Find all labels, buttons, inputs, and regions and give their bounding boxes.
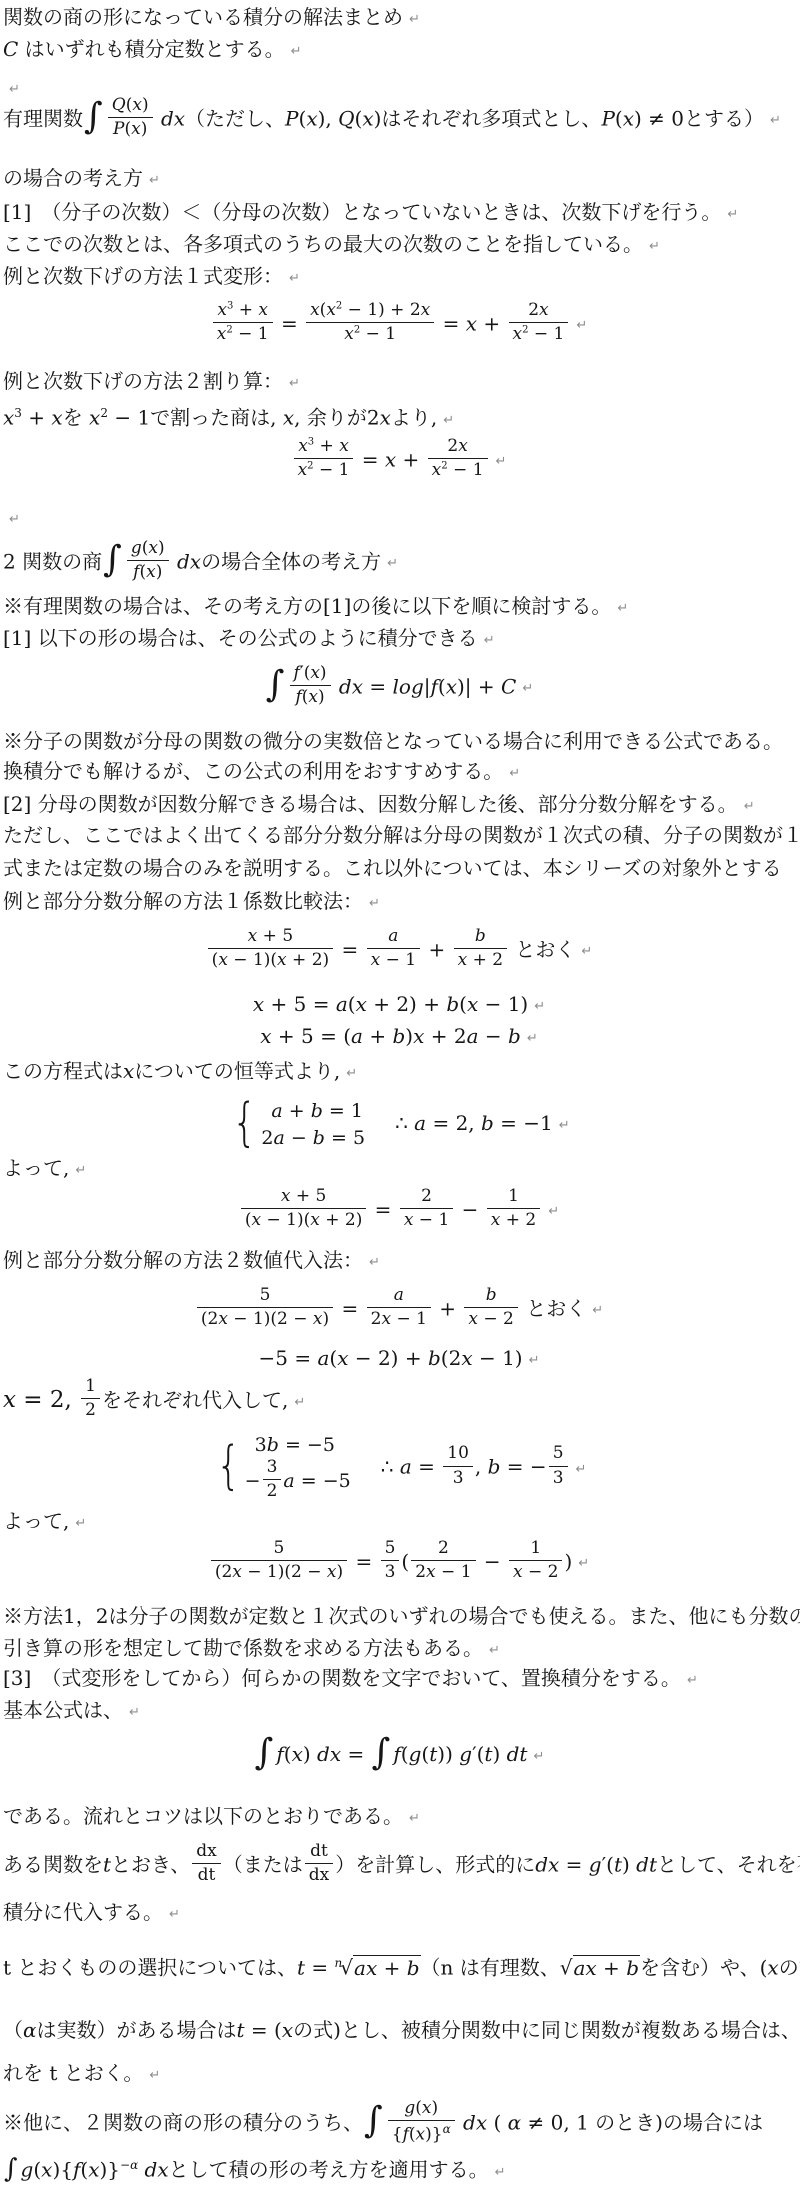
note-alpha-case-1: ※他に、２関数の商の形の積分のうち、∫g(x){f(x)}α dx ( α ≠ …: [0, 2100, 800, 2148]
para-division-explanation: x3 + xを x2 − 1で割った商は, x, 余りが2xより,↵: [0, 398, 800, 436]
para-partial-fractions-scope-2: 式または定数の場合のみを説明する。これ以外については、本シリーズの対象外とする: [0, 853, 800, 883]
eq-pf1-collect: x + 5 = (a + b)x + 2a − b↵: [0, 1024, 798, 1049]
eq-pf2-setup: 5(2x − 1)(2 − x) = a2x − 1 + bx − 2 とおく↵: [0, 1287, 798, 1333]
label-partial-fraction-method2: 例と部分分数分解の方法２数値代入法：↵: [0, 1245, 800, 1278]
eq-pf2-system: {3b = −5−32a = −5∴ a = 103, b = −53↵: [0, 1432, 798, 1504]
item-3-substitution: [3] （式変形をしてから）何らかの関数を文字でおいて、置換積分をする。↵: [0, 1663, 800, 1696]
eq-pf1-setup: x + 5(x − 1)(x + 2) = ax − 1 + bx + 2 とお…: [0, 928, 798, 974]
para-identity-note: この方程式はxについての恒等式より,↵: [0, 1056, 800, 1089]
eq-pf1-expand: x + 5 = a(x + 2) + b(x − 1)↵: [0, 992, 798, 1017]
eq-degree-reduction-method2: x3 + xx2 − 1 = x + 2xx2 − 1↵: [0, 438, 798, 484]
doc-title-line: 関数の商の形になっている積分の解法まとめ↵: [0, 2, 800, 35]
para-partial-fractions-scope-1: ただし、ここではよく出てくる部分分数分解は分母の関数が１次式の積、分子の関数が１: [0, 820, 800, 850]
item-1-degree-reduction: [1] （分子の次数）＜（分母の次数）となっていないときは、次数下げを行う。↵: [0, 197, 800, 230]
para-t-selection-3: れを t とおく。↵: [0, 2058, 800, 2091]
note-integration-constant: C はいずれも積分定数とする。↵: [0, 34, 800, 67]
note-log-formula-usage-2: 換積分でも解けるが、この公式の利用をおすすめする。↵: [0, 756, 800, 789]
para-substitute-values: x = 2, 12をそれぞれ代入して,↵: [0, 1378, 800, 1424]
eq-degree-reduction-method1: x3 + xx2 − 1 = x(x2 − 1) + 2xx2 − 1 = x …: [0, 302, 798, 348]
eq-log-formula: ∫f′(x)f(x) dx = log|f(x)| + C↵: [0, 665, 798, 711]
label-method2-division: 例と次数下げの方法２割り算：↵: [0, 366, 800, 399]
note-alpha-case-2: ∫g(x){f(x)}−α dxとして積の形の考え方を適用する。↵: [0, 2150, 800, 2188]
eq-substitution-formula: ∫f(x) dx = ∫f(g(t)) g′(t) dt↵: [0, 1742, 798, 1767]
para-substitution-steps-1: ある関数をtとおき、dxdt（またはdtdx）を計算し、形式的にdx = g′(…: [0, 1843, 800, 1889]
eq-pf2-expand: −5 = a(x − 2) + b(2x − 1)↵: [0, 1346, 798, 1371]
note-methods-2: 引き算の形を想定して勘で係数を求める方法もある。↵: [0, 1633, 800, 1666]
note-log-formula-usage-1: ※分子の関数が分母の関数の微分の実数倍となっている場合に利用できる公式である。: [0, 726, 800, 756]
eq-pf1-system: {a + b = 12a − b = 5∴ a = 2, b = −1↵: [0, 1098, 798, 1151]
label-method1-transform: 例と次数下げの方法１式変形：↵: [0, 261, 800, 294]
para-degree-definition: ここでの次数とは、各多項式のうちの最大の次数のことを指している。↵: [0, 229, 800, 262]
blank-paragraph-2: ↵: [0, 502, 800, 535]
item-1-log-formula-intro: [1] 以下の形の場合は、その公式のように積分できる↵: [0, 623, 800, 656]
para-yotte-2: よって,↵: [0, 1506, 800, 1539]
para-case-approach: の場合の考え方↵: [0, 163, 800, 196]
note-methods-1: ※方法1，2は分子の関数が定数と１次式のいずれの場合でも使える。また、他にも分数…: [0, 1601, 800, 1631]
para-yotte-1: よって,↵: [0, 1153, 800, 1186]
para-substitution-steps-2: 積分に代入する。↵: [0, 1897, 800, 1930]
para-rational-function-intro: 有理関数∫Q(x)P(x) dx（ただし、P(x), Q(x)はそれぞれ多項式と…: [0, 97, 800, 143]
para-basic-formula-label: 基本公式は、↵: [0, 1695, 800, 1728]
para-t-selection-2: （αは実数）がある場合はt = (xの式)とし、被積分関数中に同じ関数が複数ある…: [0, 2015, 800, 2045]
eq-pf2-result: 5(2x − 1)(2 − x) = 53(22x − 1 − 1x − 2)↵: [0, 1540, 798, 1586]
para-t-selection-1: t とおくものの選択については、t = n√ax + b（n は有理数、√ax …: [0, 1948, 800, 1983]
eq-pf1-result: x + 5(x − 1)(x + 2) = 2x − 1 − 1x + 2↵: [0, 1188, 798, 1234]
label-partial-fraction-method1: 例と部分分数分解の方法１係数比較法：↵: [0, 886, 800, 919]
document-page: { "page": { "background": "#ffffff", "te…: [0, 0, 800, 2198]
heading-quotient-integral: 2 関数の商∫g(x)f(x) dxの場合全体の考え方↵: [0, 540, 800, 586]
note-rational-check-order: ※有理関数の場合は、その考え方の[1]の後に以下を順に検討する。↵: [0, 591, 800, 624]
para-flow-note: である。流れとコツは以下のとおりである。↵: [0, 1801, 800, 1834]
item-2-partial-fractions: [2] 分母の関数が因数分解できる場合は、因数分解した後、部分分数分解をする。↵: [0, 789, 800, 822]
